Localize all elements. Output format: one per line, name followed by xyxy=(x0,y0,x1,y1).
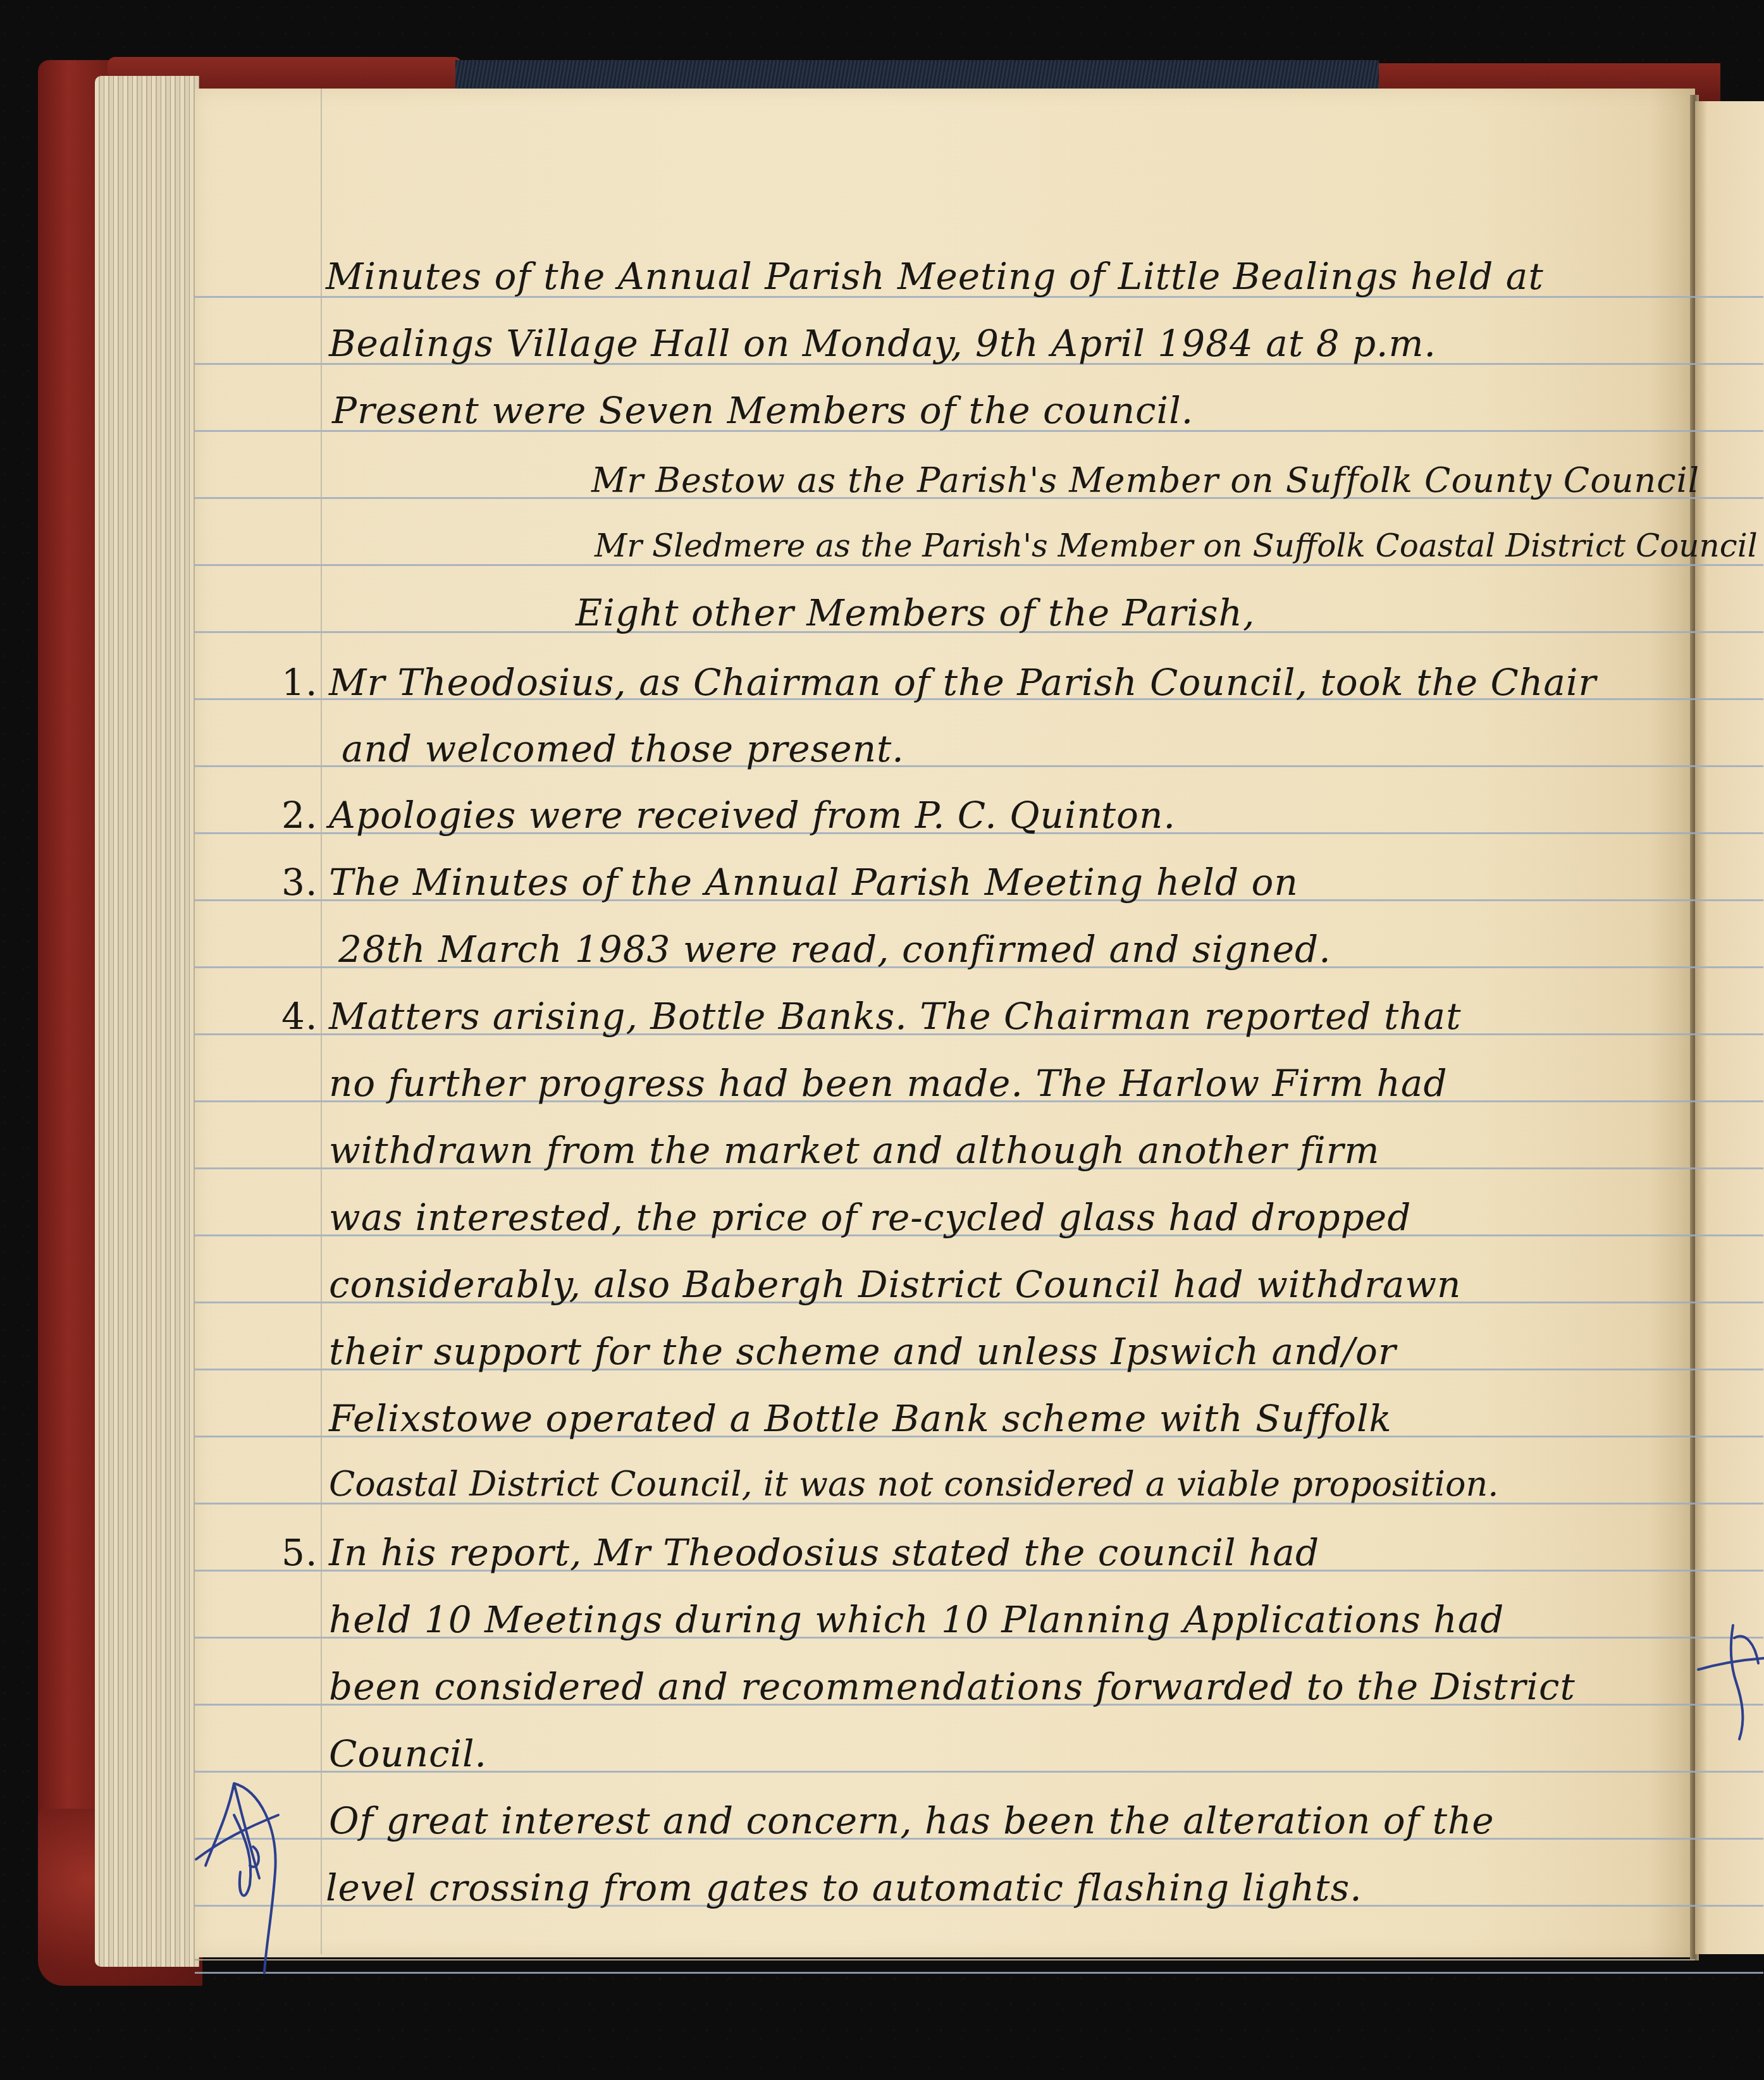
attendance-entry-parishioners: Eight other Members of the Parish, xyxy=(576,594,1255,631)
attendance-entry-county: Mr Bestow as the Parish's Member on Suff… xyxy=(591,464,1699,498)
item-5-line-1: In his report, Mr Theodosius stated the … xyxy=(329,1534,1319,1571)
item-4-line-4: was interested, the price of re-cycled g… xyxy=(329,1199,1411,1236)
item-3-line-1: The Minutes of the Annual Parish Meeting… xyxy=(329,864,1298,901)
margin-line xyxy=(321,89,322,1954)
item-5-line-2: held 10 Meetings during which 10 Plannin… xyxy=(329,1601,1504,1638)
continuation-line-1: Of great interest and concern, has been … xyxy=(329,1802,1495,1839)
item-1-line-1: Mr Theodosius, as Chairman of the Parish… xyxy=(329,664,1596,701)
attendance-intro: Present were Seven Members of the counci… xyxy=(332,392,1193,429)
heading-line-2: Bealings Village Hall on Monday, 9th Apr… xyxy=(329,325,1436,362)
item-3-number: 3. xyxy=(281,864,318,901)
attendance-entry-district: Mr Sledmere as the Parish's Member on Su… xyxy=(595,530,1758,562)
page-stack-edges xyxy=(95,76,199,1967)
facing-page-initials-icon xyxy=(1695,1619,1764,1745)
ruled-line xyxy=(195,1972,1763,1974)
item-5-line-3: been considered and recommendations forw… xyxy=(329,1668,1576,1705)
item-4-line-7: Felixstowe operated a Bottle Bank scheme… xyxy=(329,1400,1392,1437)
item-1-line-2: and welcomed those present. xyxy=(342,730,904,767)
item-1-number: 1. xyxy=(281,664,318,701)
item-2-line-1: Apologies were received from P. C. Quint… xyxy=(329,797,1176,834)
item-5-number: 5. xyxy=(281,1534,318,1571)
item-4-line-8: Coastal District Council, it was not con… xyxy=(329,1467,1499,1501)
item-4-number: 4. xyxy=(281,998,318,1035)
item-4-line-6: their support for the scheme and unless … xyxy=(329,1333,1397,1370)
item-4-line-5: considerably, also Babergh District Coun… xyxy=(329,1266,1461,1303)
item-4-line-3: withdrawn from the market and although a… xyxy=(329,1132,1379,1169)
item-4-line-2: no further progress had been made. The H… xyxy=(329,1065,1448,1102)
page-bottom-border xyxy=(195,1959,1695,1960)
item-4-line-1: Matters arising, Bottle Banks. The Chair… xyxy=(329,998,1462,1035)
continuation-line-2: level crossing from gates to automatic f… xyxy=(326,1869,1362,1906)
item-2-number: 2. xyxy=(281,797,318,834)
heading-line-1: Minutes of the Annual Parish Meeting of … xyxy=(326,258,1544,295)
ruled-line xyxy=(195,564,1763,566)
item-5-line-4: Council. xyxy=(329,1735,487,1772)
item-3-line-2: 28th March 1983 were read, confirmed and… xyxy=(338,931,1331,968)
margin-initials-signature-icon xyxy=(190,1777,291,1979)
